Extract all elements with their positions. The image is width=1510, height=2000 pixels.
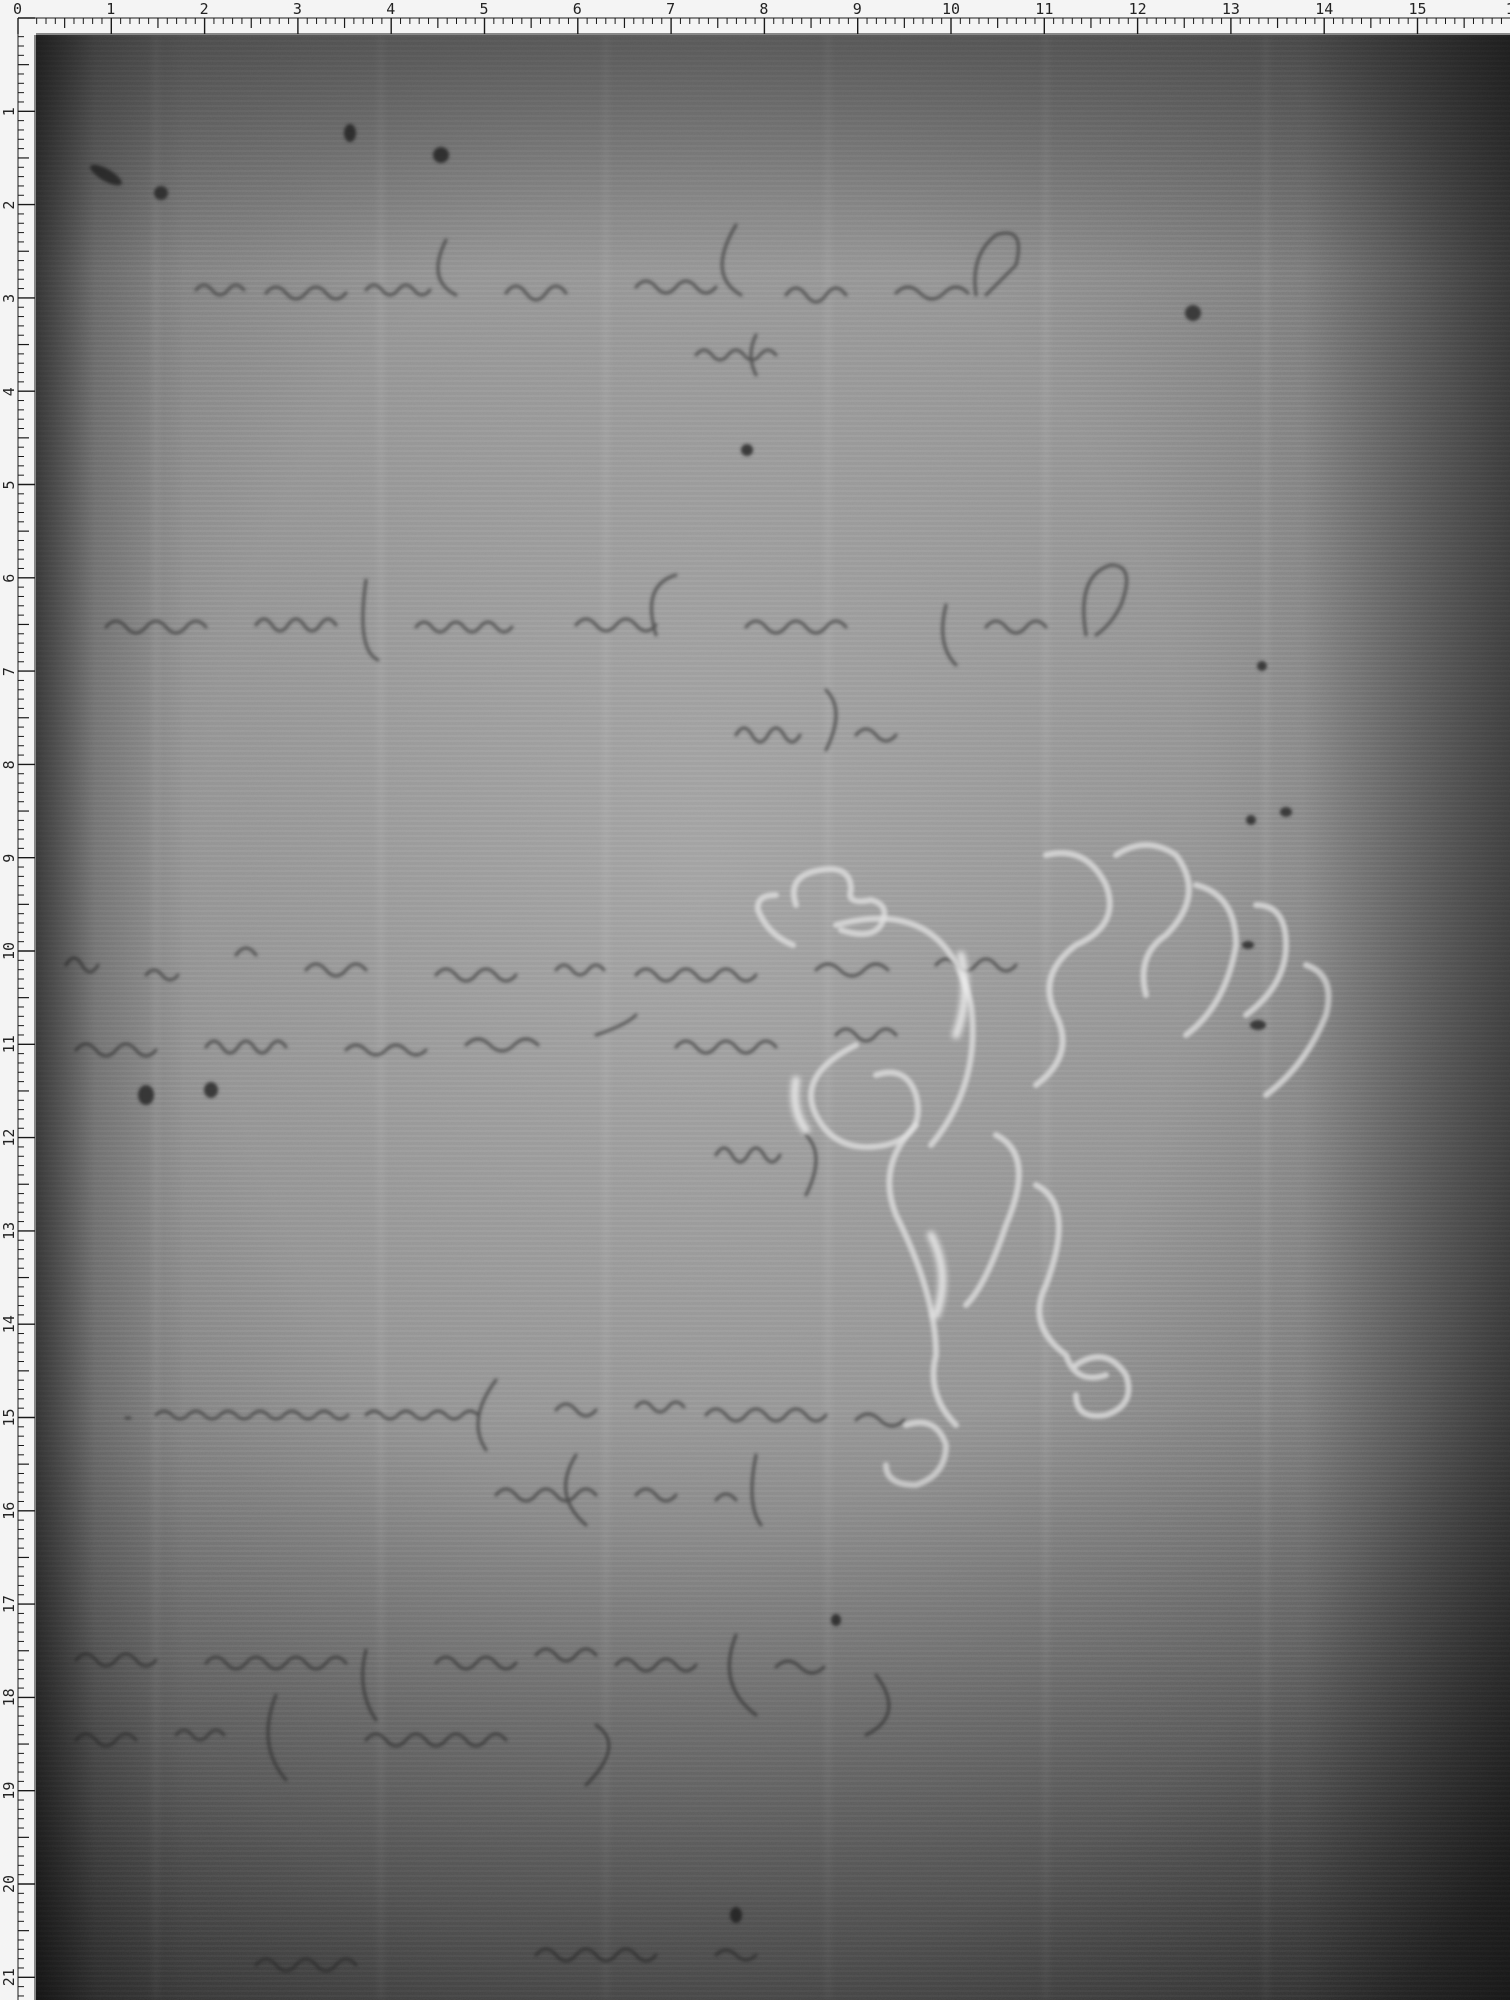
ruler-top-label: 8 [759, 0, 768, 18]
ruler-left-label: 3 [0, 294, 18, 303]
top-edge-shadow [36, 35, 1510, 2000]
ruler-top-label: 5 [480, 0, 489, 18]
ruler-left-label: 2 [0, 201, 18, 210]
scan-canvas [36, 35, 1510, 2000]
ruler-left-label: 21 [0, 1968, 18, 1986]
ruler-left-label: 9 [0, 854, 18, 863]
ruler-left-label: 6 [0, 574, 18, 583]
ruler-left-label: 7 [0, 667, 18, 676]
ruler-top-label: 13 [1222, 0, 1240, 18]
ruler-left-label: 20 [0, 1875, 18, 1893]
ruler-left-label: 14 [0, 1315, 18, 1333]
ruler-top-label: 10 [942, 0, 960, 18]
ruler-top-label: 1 [1506, 0, 1510, 18]
ruler-top-label: 6 [573, 0, 582, 18]
ruler-top-label: 4 [386, 0, 395, 18]
ruler-left-label: 12 [0, 1129, 18, 1147]
ruler-left-label: 11 [0, 1035, 18, 1053]
ruler-top-label: 9 [853, 0, 862, 18]
ruler-left-label: 4 [0, 387, 18, 396]
ruler-top-label: 11 [1035, 0, 1053, 18]
vertical-ruler: 123456789101112131415161718192021 [0, 0, 36, 2000]
ruler-top-label: 14 [1315, 0, 1333, 18]
ruler-top-label: 7 [666, 0, 675, 18]
ruler-left-label: 15 [0, 1408, 18, 1426]
ruler-left-label: 13 [0, 1222, 18, 1240]
ruler-left-label: 5 [0, 480, 18, 489]
ruler-top-label: 1 [106, 0, 115, 18]
ruler-top-label: 15 [1409, 0, 1427, 18]
ruler-left-label: 10 [0, 942, 18, 960]
paper-scan-image [36, 35, 1510, 2000]
ruler-left-label: 8 [0, 760, 18, 769]
ruler-left-label: 17 [0, 1595, 18, 1613]
ruler-left-label: 18 [0, 1688, 18, 1706]
ruler-top-label: 3 [293, 0, 302, 18]
ruler-left-label: 1 [0, 107, 18, 116]
ruler-left-label: 19 [0, 1782, 18, 1800]
ruler-top-label: 2 [200, 0, 209, 18]
ruler-left-label: 16 [0, 1502, 18, 1520]
ruler-top-label: 12 [1129, 0, 1147, 18]
horizontal-ruler: 01234567891011121314151 [0, 0, 1510, 36]
